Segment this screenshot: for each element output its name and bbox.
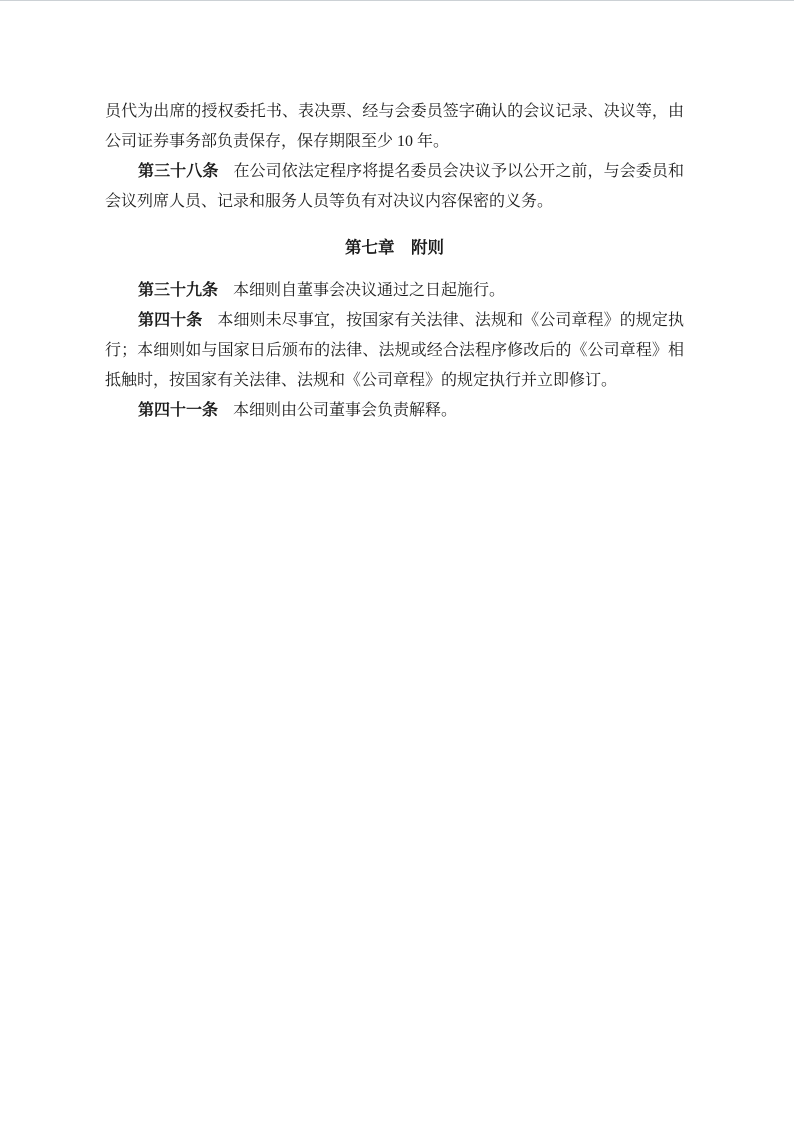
paragraph-article-39: 第三十九条本细则自董事会决议通过之日起施行。: [105, 276, 684, 306]
article-38-number: 第三十八条: [138, 163, 218, 180]
paragraph-article-40: 第四十条本细则未尽事宜，按国家有关法律、法规和《公司章程》的规定执行；本细则如与…: [105, 306, 684, 396]
article-41-number: 第四十一条: [138, 402, 218, 419]
article-40-number: 第四十条: [138, 312, 202, 329]
paragraph-continuation: 员代为出席的授权委托书、表决票、经与会委员签字确认的会议记录、决议等，由公司证券…: [105, 97, 684, 157]
document-page: 员代为出席的授权委托书、表决票、经与会委员签字确认的会议记录、决议等，由公司证券…: [0, 0, 794, 1122]
chapter-heading: 第七章 附则: [105, 232, 684, 263]
article-41-text: 本细则由公司董事会负责解释。: [233, 402, 457, 419]
paragraph-article-38: 第三十八条在公司依法定程序将提名委员会决议予以公开之前，与会委员和会议列席人员、…: [105, 157, 684, 217]
paragraph-article-41: 第四十一条本细则由公司董事会负责解释。: [105, 396, 684, 426]
article-39-text: 本细则自董事会决议通过之日起施行。: [233, 282, 505, 299]
article-39-number: 第三十九条: [138, 282, 218, 299]
